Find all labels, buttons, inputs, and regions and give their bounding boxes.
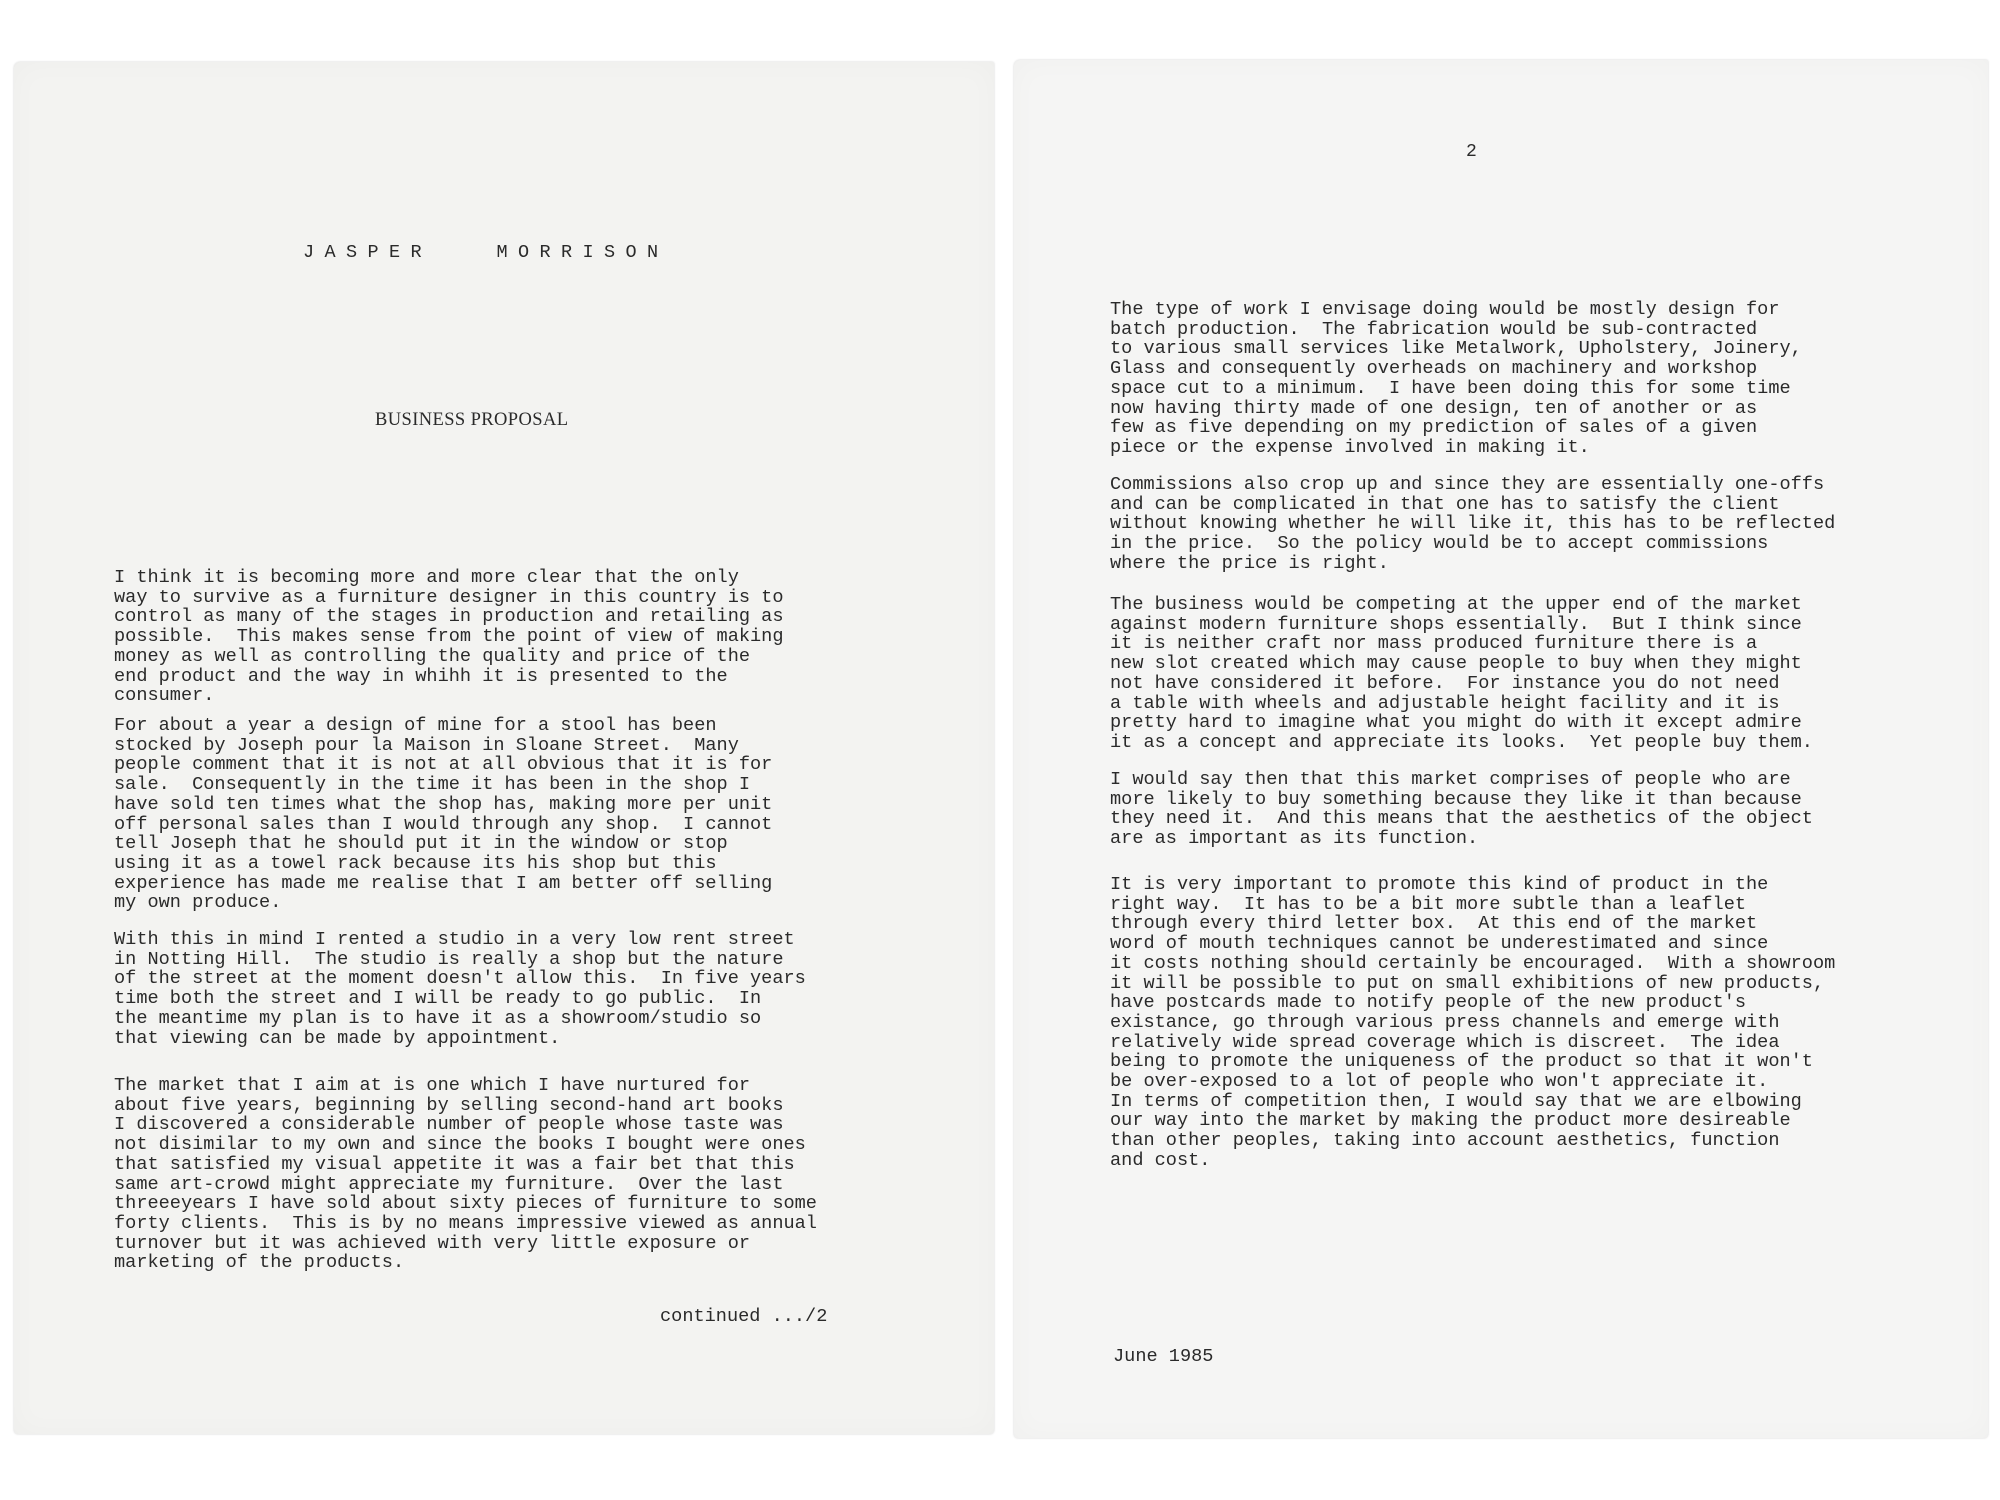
paragraph-1-1: I think it is becoming more and more cle…: [114, 568, 783, 706]
paragraph-2-5: It is very important to promote this kin…: [1110, 875, 1835, 1171]
page-2: 2 The type of work I envisage doing woul…: [1014, 60, 1988, 1438]
document-title: BUSINESS PROPOSAL: [375, 410, 568, 431]
paragraph-1-3: With this in mind I rented a studio in a…: [114, 930, 806, 1048]
paragraph-1-2: For about a year a design of mine for a …: [114, 716, 772, 913]
paragraph-2-2: Commissions also crop up and since they …: [1110, 475, 1835, 574]
paragraph-2-1: The type of work I envisage doing would …: [1110, 300, 1802, 458]
paragraph-1-4: The market that I aim at is one which I …: [114, 1076, 817, 1273]
paragraph-2-4: I would say then that this market compri…: [1110, 770, 1813, 849]
author-heading: JASPER MORRISON: [303, 242, 669, 263]
document-date: June 1985: [1113, 1346, 1213, 1367]
paragraph-2-3: The business would be competing at the u…: [1110, 595, 1813, 753]
page-1: JASPER MORRISON BUSINESS PROPOSAL I thin…: [14, 62, 994, 1434]
continued-note: continued .../2: [660, 1306, 827, 1327]
page-number: 2: [1466, 142, 1477, 162]
